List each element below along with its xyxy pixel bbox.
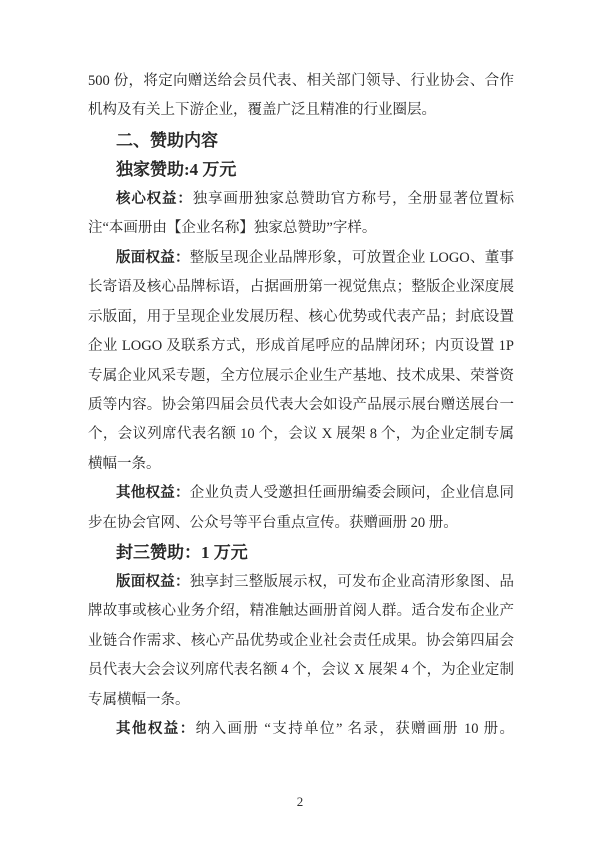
heading-sponsorship-content: 二、赞助内容 <box>88 126 514 155</box>
layout-rights-label: 版面权益： <box>116 250 190 266</box>
page-body-text: 500 份，将定向赠送给会员代表、相关部门领导、行业协会、合作机构及有关上下游企… <box>88 67 514 744</box>
paragraph-core-rights: 核心权益：独享画册独家总赞助官方称号，全册显著位置标注“本画册由【企业名称】独家… <box>88 185 514 244</box>
paragraph-other-rights-exclusive: 其他权益：企业负责人受邀担任画册编委会顾问，企业信息同步在协会官网、公众号等平台… <box>88 479 514 538</box>
other-rights-cover3-text: 纳入画册 “支持单位” 名录，获赠画册 10 册。 <box>196 721 514 737</box>
heading-inside-back-cover-sponsorship: 封三赞助：1 万元 <box>88 538 514 567</box>
paragraph-layout-rights-cover3: 版面权益：独享封三整版展示权，可发布企业高清形象图、品牌故事或核心业务介绍，精准… <box>88 568 514 715</box>
other-rights-label: 其他权益： <box>116 485 190 501</box>
layout-rights-text: 整版呈现企业品牌形象，可放置企业 LOGO、董事长寄语及核心品牌标语，占据画册第… <box>88 250 514 472</box>
page-number: 2 <box>0 793 600 811</box>
core-rights-label: 核心权益： <box>116 191 193 207</box>
layout-rights-cover3-text: 独享封三整版展示权，可发布企业高清形象图、品牌故事或核心业务介绍，精准触达画册首… <box>88 574 514 708</box>
paragraph-layout-rights-exclusive: 版面权益：整版呈现企业品牌形象，可放置企业 LOGO、董事长寄语及核心品牌标语，… <box>88 244 514 480</box>
paragraph-distribution-tail: 500 份，将定向赠送给会员代表、相关部门领导、行业协会、合作机构及有关上下游企… <box>88 67 514 126</box>
heading-exclusive-sponsorship: 独家赞助:4 万元 <box>88 155 514 184</box>
paragraph-other-rights-cover3: 其他权益：纳入画册 “支持单位” 名录，获赠画册 10 册。 <box>88 715 514 744</box>
other-rights-cover3-label: 其他权益： <box>116 721 196 737</box>
layout-rights-cover3-label: 版面权益： <box>116 574 190 590</box>
document-page: 500 份，将定向赠送给会员代表、相关部门领导、行业协会、合作机构及有关上下游企… <box>0 0 600 848</box>
